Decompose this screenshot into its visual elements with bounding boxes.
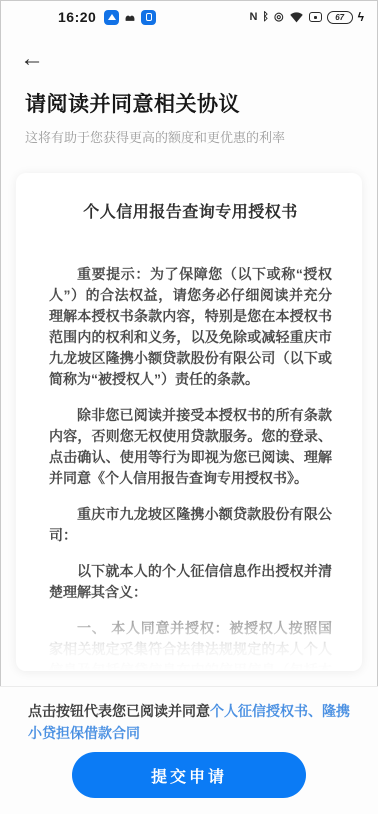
credit-authorization-link[interactable]: 个人征信授权书 xyxy=(210,703,308,719)
submit-application-button[interactable]: 提交申请 xyxy=(72,752,306,798)
app-screen: 16:20 N ᛒ ◎ 67 ϟ ← 请阅读并同意相关协议 这将有助于您获得更高… xyxy=(0,0,378,814)
bluetooth-icon: ᛒ xyxy=(262,12,269,23)
nfc-icon: N xyxy=(249,12,257,23)
footer-bar: 点击按钮代表您已阅读并同意个人征信授权书、隆携小贷担保借款合同 提交申请 xyxy=(0,686,378,814)
agreement-title: 个人信用报告查询专用授权书 xyxy=(49,199,332,222)
consent-prefix: 点击按钮代表您已阅读并同意 xyxy=(28,703,210,719)
agreement-paragraph: 除非您已阅读并接受本授权书的所有条款内容，否则您无权使用贷款服务。您的登录、点击… xyxy=(49,405,332,489)
wifi-icon xyxy=(289,11,304,23)
charging-bolt-icon: ϟ xyxy=(358,11,364,23)
agreement-paragraph: 以下就本人的个人征信信息作出授权并清楚理解其含义： xyxy=(49,561,332,603)
agreement-card[interactable]: 个人信用报告查询专用授权书 重要提示：为了保障您（以下或称“授权人”）的合法权益… xyxy=(16,173,362,671)
notification-icons xyxy=(104,10,156,25)
back-arrow-icon: ← xyxy=(20,45,44,72)
notification-icon xyxy=(124,12,136,23)
link-separator: 、 xyxy=(308,703,322,719)
agreement-paragraph: 一、 本人同意并授权：被授权人按照国家相关规定采集符合法律法规规定的本人个人信息… xyxy=(49,618,332,671)
clock: 16:20 xyxy=(58,9,96,25)
agreement-paragraph: 重要提示：为了保障您（以下或称“授权人”）的合法权益，请您务必仔细阅读并充分理解… xyxy=(49,264,332,390)
page-subtitle: 这将有助于您获得更高的额度和更优惠的利率 xyxy=(25,127,353,146)
battery-icon: 67 xyxy=(327,11,353,24)
consent-text: 点击按钮代表您已阅读并同意个人征信授权书、隆携小贷担保借款合同 xyxy=(28,700,350,744)
back-button[interactable]: ← xyxy=(20,44,56,76)
volte-icon: ◎ xyxy=(274,12,284,23)
agreement-paragraph: 重庆市九龙坡区隆携小额贷款股份有限公司： xyxy=(49,504,332,546)
page-title: 请阅读并同意相关协议 xyxy=(25,88,353,118)
app-notification-icon xyxy=(104,10,119,25)
status-bar: 16:20 N ᛒ ◎ 67 ϟ xyxy=(0,0,378,30)
system-status-icons: N ᛒ ◎ 67 ϟ xyxy=(249,11,364,24)
sim-icon xyxy=(309,12,322,22)
app-notification-icon-2 xyxy=(141,10,156,25)
square-icon xyxy=(146,13,152,21)
arrow-icon xyxy=(108,14,116,20)
